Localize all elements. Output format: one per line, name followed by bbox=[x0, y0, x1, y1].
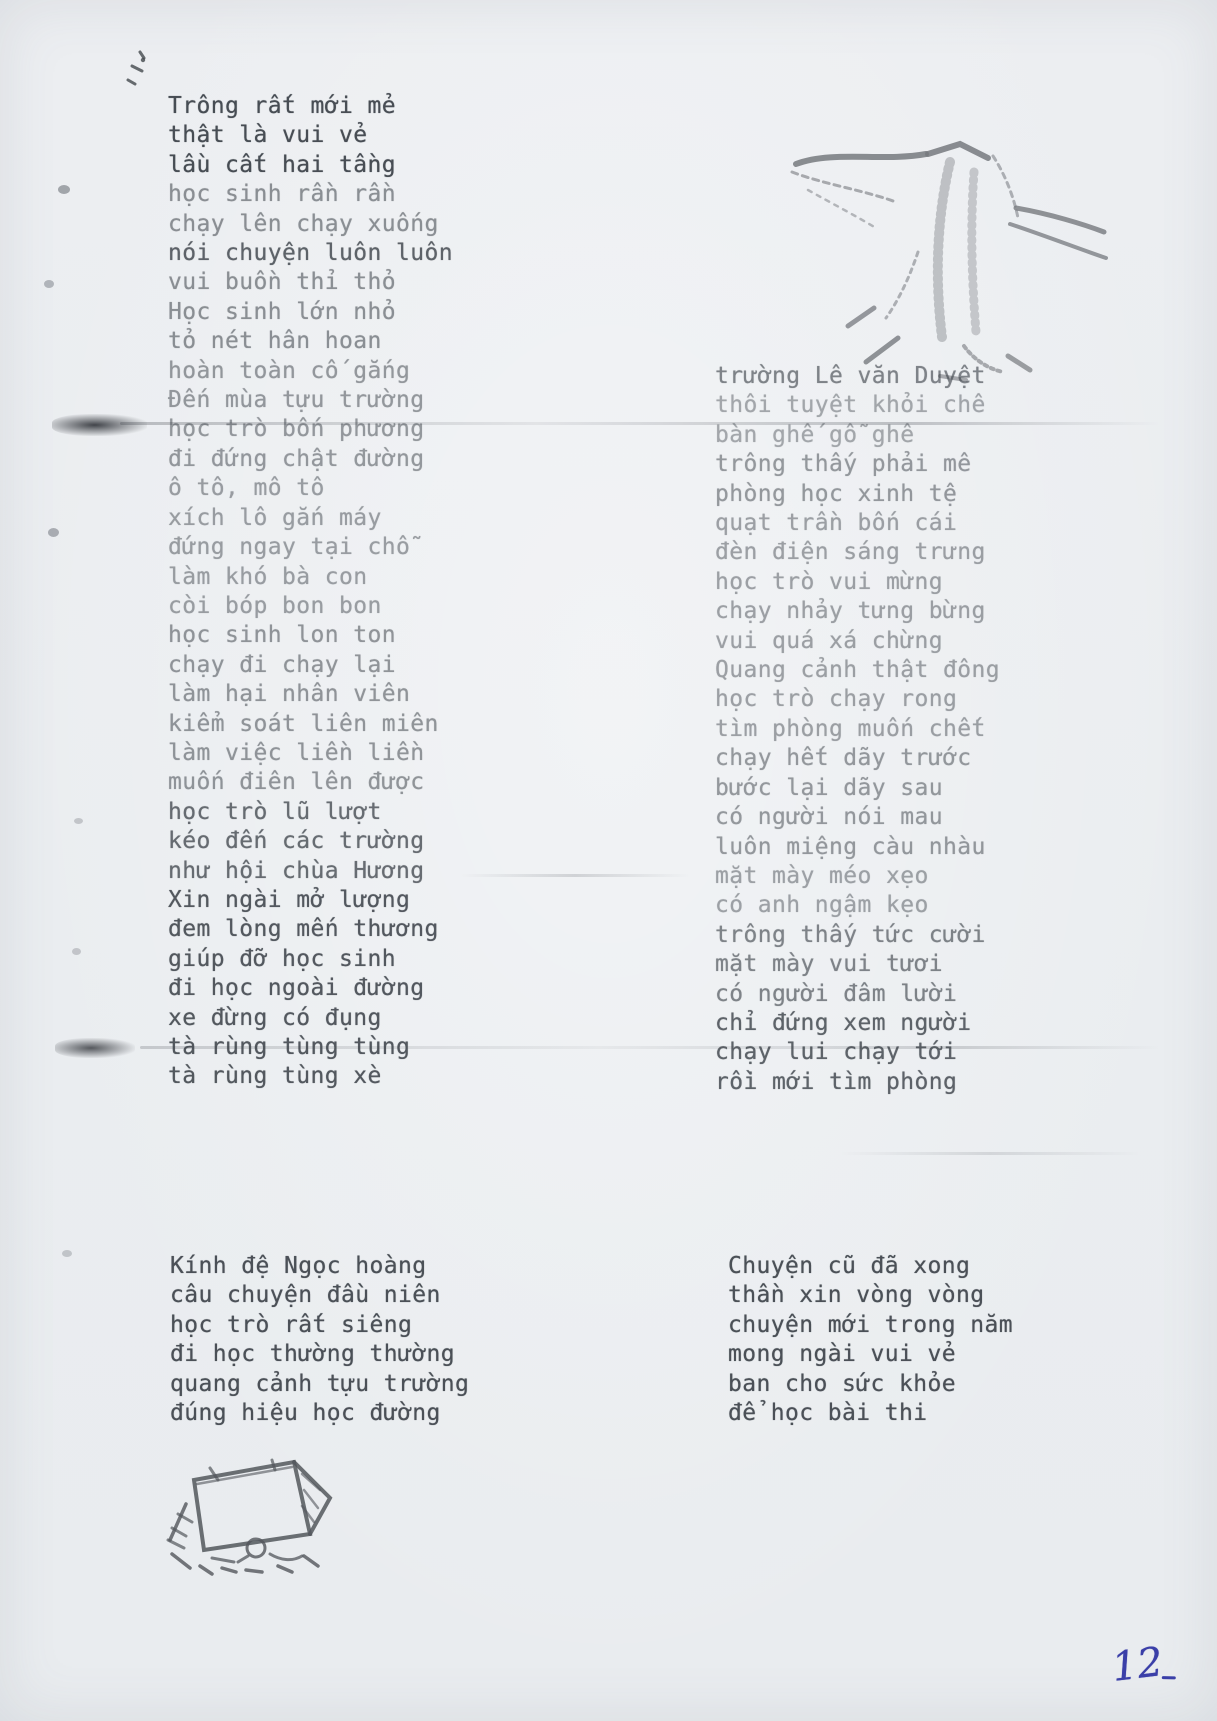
poem-line: mặt mày méo xẹo bbox=[715, 862, 1000, 891]
poem-column-left: Trông rất mới mẻthật là vui vẻlầu cất ha… bbox=[168, 92, 453, 1092]
poem-line: chạy đi chạy lại bbox=[168, 651, 453, 680]
ink-smudge bbox=[48, 528, 59, 537]
poem-line: đi đứng chật đường bbox=[168, 445, 453, 474]
open-book-figure-ink-sketch bbox=[152, 1442, 372, 1602]
poem-line: Kính đệ Ngọc hoàng bbox=[170, 1252, 469, 1281]
poem-line: để học bài thi bbox=[728, 1399, 1013, 1428]
poem-line: làm hại nhân viên bbox=[168, 680, 453, 709]
poem-line: làm khó bà con bbox=[168, 563, 453, 592]
poem-line: muốn điên lên được bbox=[168, 768, 453, 797]
poem-footer-left: Kính đệ Ngọc hoàngcâu chuyện đầu niênhọc… bbox=[170, 1252, 469, 1428]
poem-line: đèn điện sáng trưng bbox=[715, 538, 1000, 567]
poem-line: tà rùng tùng xè bbox=[168, 1062, 453, 1091]
poem-line: giúp đỡ học sinh bbox=[168, 945, 453, 974]
poem-line: Đến mùa tựu trường bbox=[168, 386, 453, 415]
poem-line: Trông rất mới mẻ bbox=[168, 92, 453, 121]
poem-line: tỏ nét hân hoan bbox=[168, 327, 453, 356]
fold-line bbox=[460, 874, 690, 877]
poem-line: còi bóp bon bon bbox=[168, 592, 453, 621]
poem-line: chạy hết dãy trước bbox=[715, 744, 1000, 773]
ink-smudge bbox=[72, 948, 81, 955]
poem-line: phòng học xinh tệ bbox=[715, 480, 1000, 509]
poem-line: có anh ngậm kẹo bbox=[715, 891, 1000, 920]
poem-line: học trò vui mừng bbox=[715, 568, 1000, 597]
poem-line: có người nói mau bbox=[715, 803, 1000, 832]
ink-smudge bbox=[55, 1038, 135, 1058]
poem-line: tìm phòng muốn chết bbox=[715, 715, 1000, 744]
poem-line: trường Lê văn Duyệt bbox=[715, 362, 1000, 391]
poem-line: học trò rất siêng bbox=[170, 1311, 469, 1340]
scanned-page: Trông rất mới mẻthật là vui vẻlầu cất ha… bbox=[0, 0, 1217, 1721]
ink-smudge bbox=[74, 818, 83, 824]
poem-line: chạy nhảy tưng bừng bbox=[715, 597, 1000, 626]
poem-line: xích lô gắn máy bbox=[168, 504, 453, 533]
poem-line: chỉ đứng xem người bbox=[715, 1009, 1000, 1038]
poem-line: kiểm soát liên miên bbox=[168, 710, 453, 739]
poem-line: trông thấy tức cười bbox=[715, 921, 1000, 950]
poem-line: lầu cất hai tầng bbox=[168, 151, 453, 180]
poem-line: mặt mày vui tươi bbox=[715, 950, 1000, 979]
ink-smudge bbox=[62, 1250, 72, 1257]
flying-bird-ink-sketch bbox=[778, 132, 1108, 392]
poem-line: trông thấy phải mê bbox=[715, 450, 1000, 479]
poem-footer-right: Chuyện cũ đã xongthần xin vòng vòngchuyệ… bbox=[728, 1252, 1013, 1428]
poem-line: kéo đến các trường bbox=[168, 827, 453, 856]
poem-line: có người đâm lười bbox=[715, 980, 1000, 1009]
poem-line: ban cho sức khỏe bbox=[728, 1370, 1013, 1399]
poem-line: hoàn toàn cố gắng bbox=[168, 357, 453, 386]
poem-line: xe đừng có đụng bbox=[168, 1004, 453, 1033]
ink-smudge bbox=[44, 280, 54, 288]
poem-line: nói chuyện luôn luôn bbox=[168, 239, 453, 268]
poem-line: đi học thường thường bbox=[170, 1340, 469, 1369]
poem-line: chuyện mới trong năm bbox=[728, 1311, 1013, 1340]
poem-line: học trò chạy rong bbox=[715, 685, 1000, 714]
poem-line: ô tô, mô tô bbox=[168, 474, 453, 503]
fold-line bbox=[840, 1152, 1140, 1155]
poem-line: như hội chùa Hương bbox=[168, 857, 453, 886]
poem-line: luôn miệng càu nhàu bbox=[715, 833, 1000, 862]
poem-line: quang cảnh tựu trường bbox=[170, 1370, 469, 1399]
poem-line: Học sinh lớn nhỏ bbox=[168, 298, 453, 327]
poem-line: câu chuyện đầu niên bbox=[170, 1281, 469, 1310]
pencil-scribble-mark bbox=[118, 48, 158, 108]
poem-column-right: trường Lê văn Duyệtthôi tuyệt khỏi chêbà… bbox=[715, 362, 1000, 1097]
poem-line: rồi mới tìm phòng bbox=[715, 1068, 1000, 1097]
poem-line: Chuyện cũ đã xong bbox=[728, 1252, 1013, 1281]
poem-line: quạt trần bốn cái bbox=[715, 509, 1000, 538]
poem-line: chạy lui chạy tới bbox=[715, 1038, 1000, 1067]
poem-line: học trò bốn phương bbox=[168, 415, 453, 444]
poem-line: đúng hiệu học đường bbox=[170, 1399, 469, 1428]
poem-line: thần xin vòng vòng bbox=[728, 1281, 1013, 1310]
poem-line: học sinh lon ton bbox=[168, 621, 453, 650]
poem-line: bàn ghế gỗ ghê bbox=[715, 421, 1000, 450]
poem-line: học sinh rần rần bbox=[168, 180, 453, 209]
poem-line: đứng ngay tại chỗ bbox=[168, 533, 453, 562]
poem-line: thật là vui vẻ bbox=[168, 121, 453, 150]
poem-line: thôi tuyệt khỏi chê bbox=[715, 391, 1000, 420]
poem-line: chạy lên chạy xuống bbox=[168, 210, 453, 239]
poem-line: tà rùng tùng tùng bbox=[168, 1033, 453, 1062]
poem-line: đem lòng mến thương bbox=[168, 915, 453, 944]
poem-line: vui quá xá chừng bbox=[715, 627, 1000, 656]
poem-line: làm việc liền liền bbox=[168, 739, 453, 768]
poem-line: vui buồn thỉ thỏ bbox=[168, 268, 453, 297]
ink-smudge bbox=[58, 185, 70, 194]
poem-line: đi học ngoài đường bbox=[168, 974, 453, 1003]
handwritten-page-number: 12 bbox=[1109, 1639, 1165, 1691]
ink-smudge bbox=[52, 414, 147, 436]
poem-line: bước lại dãy sau bbox=[715, 774, 1000, 803]
poem-line: Quang cảnh thật đông bbox=[715, 656, 1000, 685]
poem-line: Xin ngài mở lượng bbox=[168, 886, 453, 915]
poem-line: học trò lũ lượt bbox=[168, 798, 453, 827]
poem-line: mong ngài vui vẻ bbox=[728, 1340, 1013, 1369]
